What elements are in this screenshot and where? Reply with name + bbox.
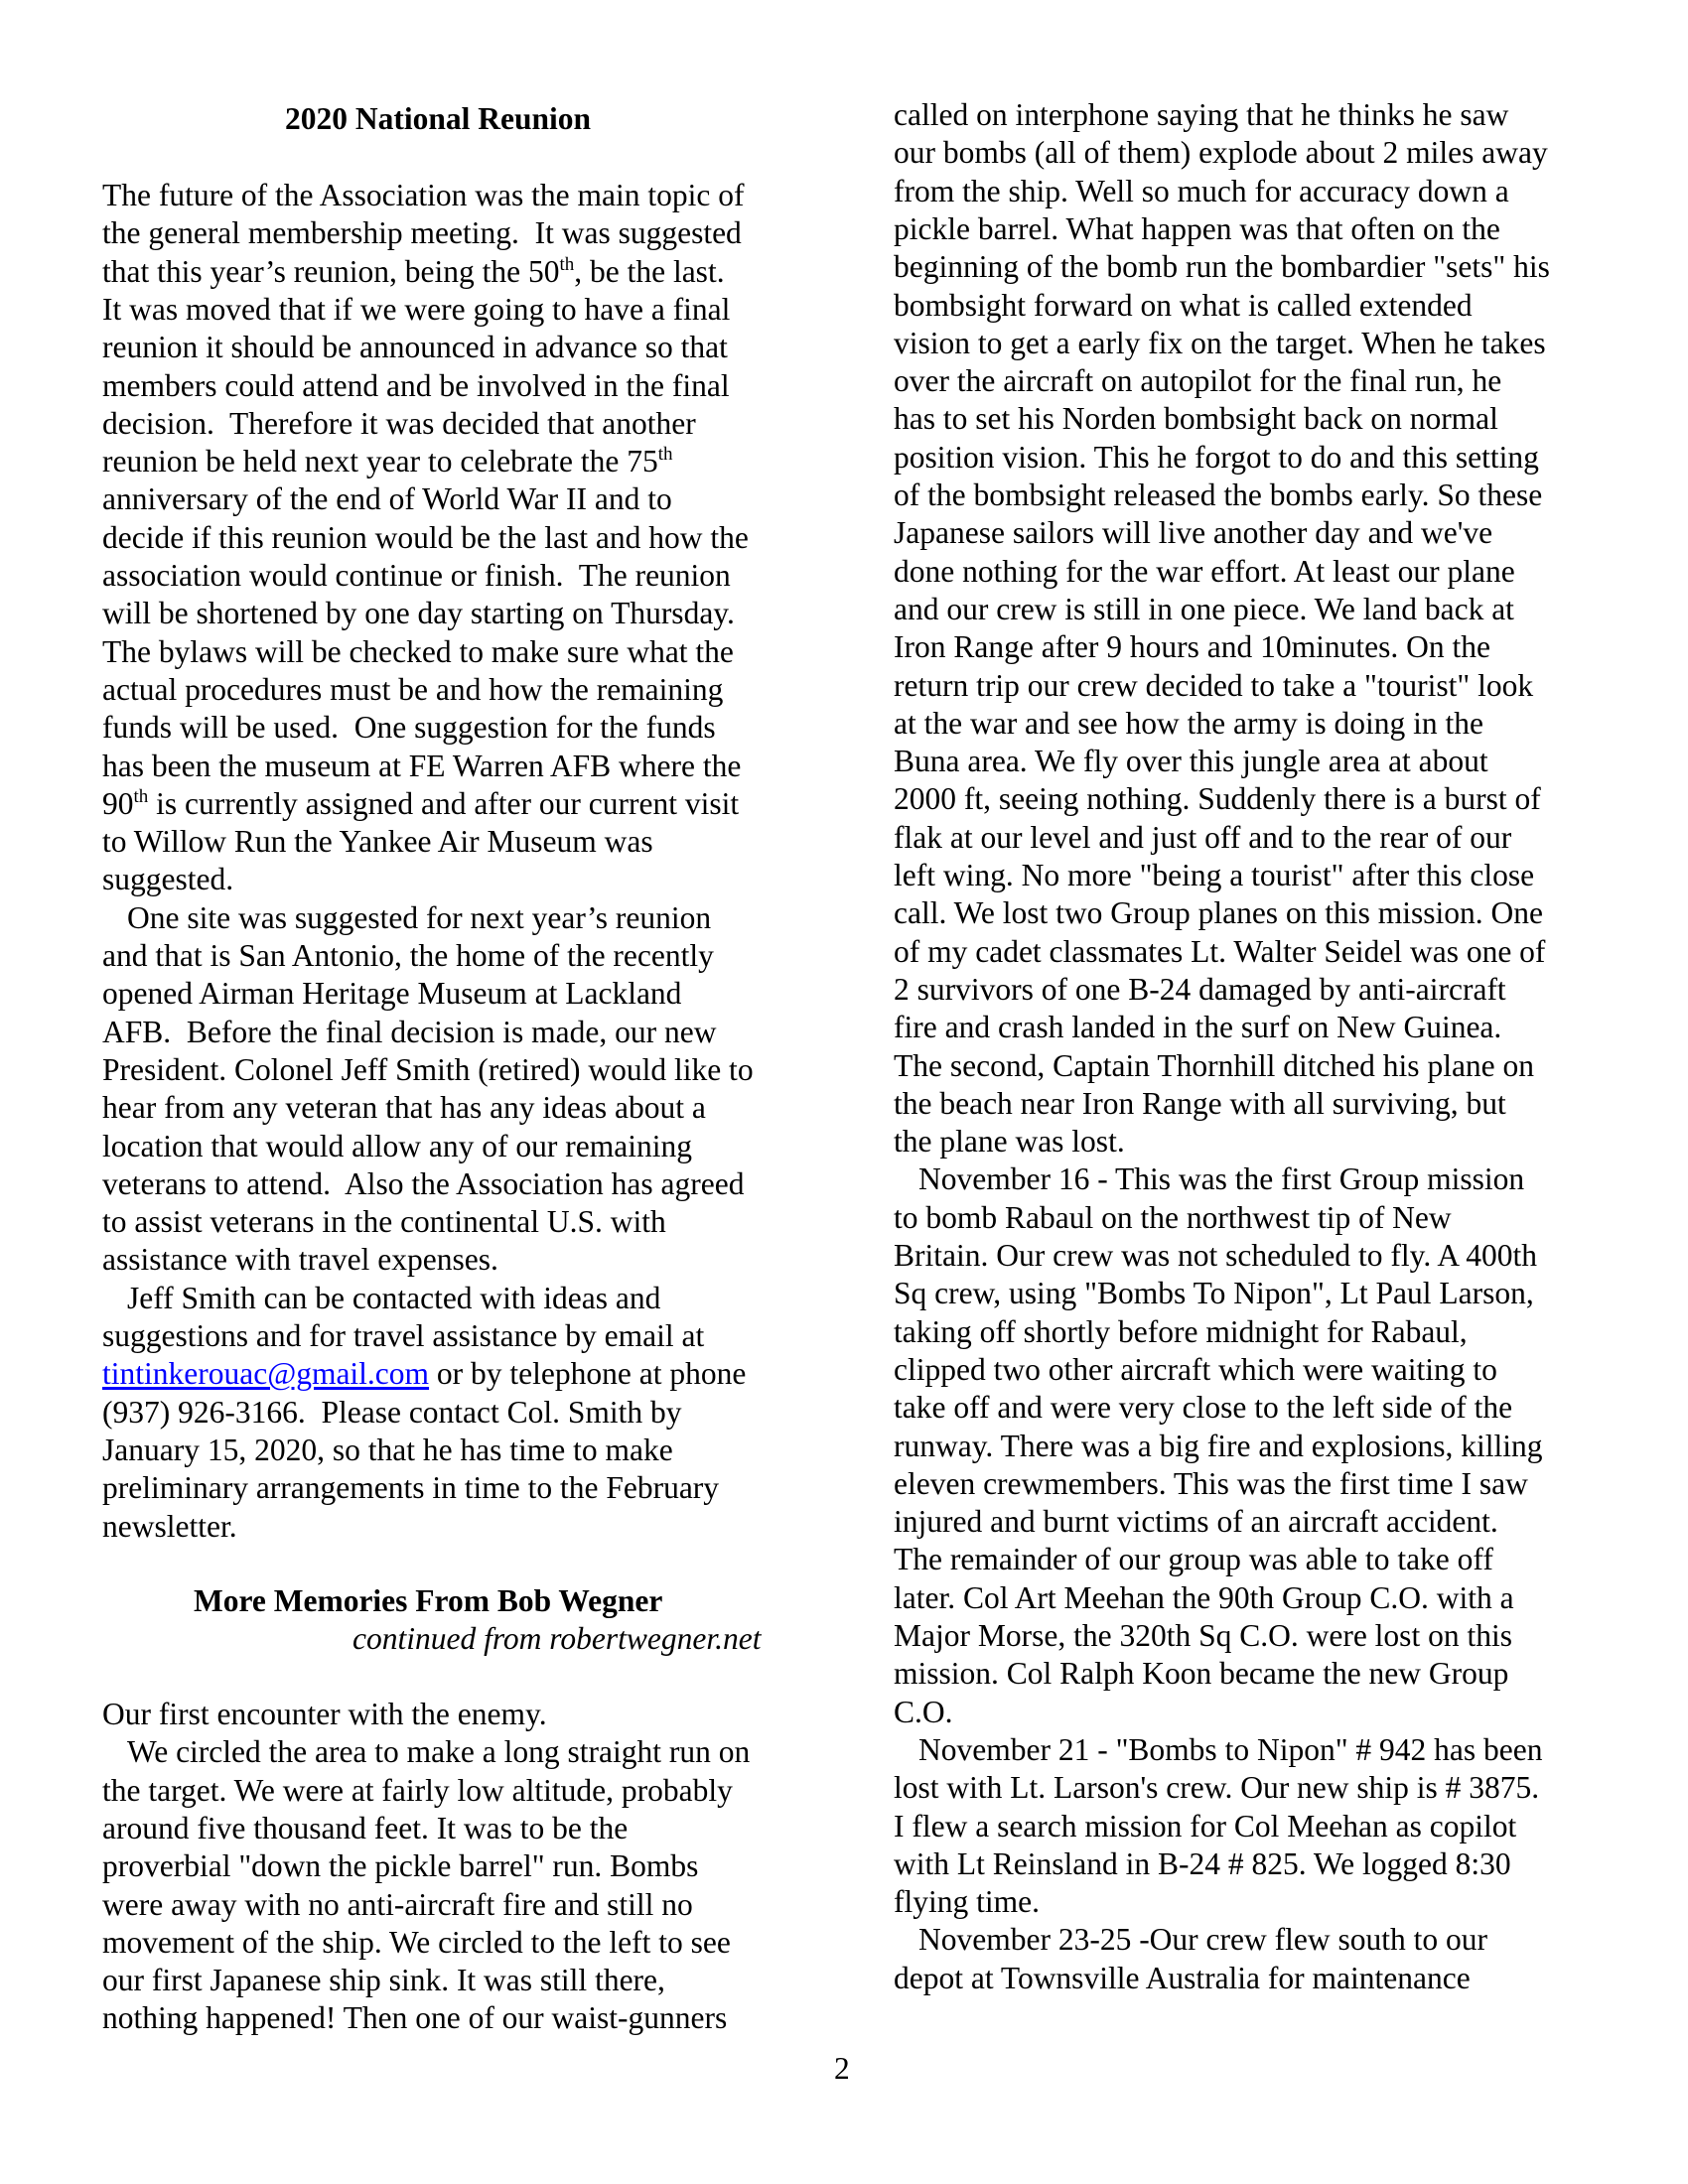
text-line: with Lt Reinsland in B-24 # 825. We logg… xyxy=(894,1845,1511,1883)
text-line: 2 survivors of one B-24 damaged by anti-… xyxy=(894,971,1506,1009)
text-line: to bomb Rabaul on the northwest tip of N… xyxy=(894,1199,1452,1237)
text-line: flak at our level and just off and to th… xyxy=(894,819,1511,857)
text-line: our first Japanese ship sink. It was sti… xyxy=(102,1962,665,1999)
text-line: It was moved that if we were going to ha… xyxy=(102,291,730,329)
text-line: depot at Townsville Australia for mainte… xyxy=(894,1960,1471,1997)
text-line: vision to get a early fix on the target.… xyxy=(894,325,1546,362)
text-line: flying time. xyxy=(894,1883,1040,1921)
text-line: reunion it should be announced in advanc… xyxy=(102,329,728,366)
text-line: will be shortened by one day starting on… xyxy=(102,595,735,632)
text-line: fire and crash landed in the surf on New… xyxy=(894,1009,1501,1046)
text-line: later. Col Art Meehan the 90th Group C.O… xyxy=(894,1579,1514,1617)
text-line: C.O. xyxy=(894,1694,953,1731)
text-line: take off and were very close to the left… xyxy=(894,1389,1512,1427)
text-line: at the war and see how the army is doing… xyxy=(894,705,1483,743)
text-line: The future of the Association was the ma… xyxy=(102,177,744,214)
text-line: hear from any veteran that has any ideas… xyxy=(102,1089,706,1127)
text-line: We circled the area to make a long strai… xyxy=(102,1733,750,1771)
email-link[interactable]: tintinkerouac@gmail.com xyxy=(102,1356,429,1391)
text-line: runway. There was a big fire and explosi… xyxy=(894,1428,1542,1465)
text-line: suggested. xyxy=(102,861,233,898)
text-line: movement of the ship. We circled to the … xyxy=(102,1924,731,1962)
text-line: and that is San Antonio, the home of the… xyxy=(102,937,714,975)
ordinal-superscript: th xyxy=(134,786,149,807)
newsletter-page: 2020 National Reunion The future of the … xyxy=(0,0,1688,2184)
text-line: our bombs (all of them) explode about 2 … xyxy=(894,134,1548,172)
text-line: assistance with travel expenses. xyxy=(102,1241,498,1279)
text-line: of my cadet classmates Lt. Walter Seidel… xyxy=(894,933,1545,971)
text-line: location that would allow any of our rem… xyxy=(102,1128,692,1165)
text-line: from the ship. Well so much for accuracy… xyxy=(894,173,1509,210)
text-line: taking off shortly before midnight for R… xyxy=(894,1313,1468,1351)
text-line: preliminary arrangements in time to the … xyxy=(102,1469,719,1507)
text-line: bombsight forward on what is called exte… xyxy=(894,287,1473,325)
text-segment: reunion be held next year to celebrate t… xyxy=(102,444,658,478)
text-line: I flew a search mission for Col Meehan a… xyxy=(894,1808,1516,1845)
text-line: left wing. No more "being a tourist" aft… xyxy=(894,857,1534,894)
text-line: of the bombsight released the bombs earl… xyxy=(894,477,1542,514)
text-line: suggestions and for travel assistance by… xyxy=(102,1317,704,1355)
text-line: position vision. This he forgot to do an… xyxy=(894,439,1539,477)
text-line: November 16 - This was the first Group m… xyxy=(894,1160,1524,1198)
text-line: Major Morse, the 320th Sq C.O. were lost… xyxy=(894,1617,1512,1655)
page-number: 2 xyxy=(834,2050,850,2088)
text-line: The bylaws will be checked to make sure … xyxy=(102,633,734,671)
text-line: newsletter. xyxy=(102,1508,237,1546)
text-line: 90th is currently assigned and after our… xyxy=(102,785,739,823)
text-line: Sq crew, using "Bombs To Nipon", Lt Paul… xyxy=(894,1275,1534,1312)
text-line: lost with Lt. Larson's crew. Our new shi… xyxy=(894,1769,1539,1807)
text-line: opened Airman Heritage Museum at Lacklan… xyxy=(102,975,681,1013)
text-line: return trip our crew decided to take a "… xyxy=(894,667,1533,705)
text-line: the general membership meeting. It was s… xyxy=(102,214,742,252)
ordinal-superscript: th xyxy=(658,444,673,465)
text-line: funds will be used. One suggestion for t… xyxy=(102,709,716,747)
text-line: to Willow Run the Yankee Air Museum was xyxy=(102,823,653,861)
text-line: mission. Col Ralph Koon became the new G… xyxy=(894,1655,1508,1693)
text-line: members could attend and be involved in … xyxy=(102,367,730,405)
text-segment: that this year’s reunion, being the 50 xyxy=(102,254,559,289)
text-line: reunion be held next year to celebrate t… xyxy=(102,443,673,480)
section-heading-bob-wegner: More Memories From Bob Wegner xyxy=(194,1582,662,1620)
text-segment: 90 xyxy=(102,786,134,821)
text-line: proverbial "down the pickle barrel" run.… xyxy=(102,1847,698,1885)
text-line: The second, Captain Thornhill ditched hi… xyxy=(894,1047,1534,1085)
text-line: decide if this reunion would be the last… xyxy=(102,519,749,557)
text-line: the target. We were at fairly low altitu… xyxy=(102,1772,733,1810)
text-line: Japanese sailors will live another day a… xyxy=(894,514,1492,552)
text-line: were away with no anti-aircraft fire and… xyxy=(102,1886,693,1924)
text-line: the beach near Iron Range with all survi… xyxy=(894,1085,1506,1123)
text-line: association would continue or finish. Th… xyxy=(102,557,731,595)
text-line: November 21 - "Bombs to Nipon" # 942 has… xyxy=(894,1731,1543,1769)
text-line: done nothing for the war effort. At leas… xyxy=(894,553,1515,591)
text-line: anniversary of the end of World War II a… xyxy=(102,480,672,518)
text-line: Jeff Smith can be contacted with ideas a… xyxy=(102,1280,660,1317)
text-line: President. Colonel Jeff Smith (retired) … xyxy=(102,1051,754,1089)
text-line: beginning of the bomb run the bombardier… xyxy=(894,248,1550,286)
text-line: AFB. Before the final decision is made, … xyxy=(102,1014,716,1051)
text-segment: is currently assigned and after our curr… xyxy=(148,786,739,821)
text-line: called on interphone saying that he thin… xyxy=(894,96,1508,134)
text-line: One site was suggested for next year’s r… xyxy=(102,899,711,937)
text-line: actual procedures must be and how the re… xyxy=(102,671,723,709)
text-line: has to set his Norden bombsight back on … xyxy=(894,400,1498,438)
text-line: November 23-25 -Our crew flew south to o… xyxy=(894,1921,1487,1959)
text-line: call. We lost two Group planes on this m… xyxy=(894,894,1543,932)
text-line: January 15, 2020, so that he has time to… xyxy=(102,1432,673,1469)
ordinal-superscript: th xyxy=(559,254,574,275)
text-segment: , be the last. xyxy=(574,254,724,289)
text-line: veterans to attend. Also the Association… xyxy=(102,1165,744,1203)
text-line: (937) 926-3166. Please contact Col. Smit… xyxy=(102,1394,682,1432)
section-subtitle-source: continued from robertwegner.net xyxy=(352,1620,761,1658)
text-line: clipped two other aircraft which were wa… xyxy=(894,1351,1497,1389)
text-line: the plane was lost. xyxy=(894,1123,1125,1160)
text-line: eleven crewmembers. This was the first t… xyxy=(894,1465,1528,1503)
text-line: pickle barrel. What happen was that ofte… xyxy=(894,210,1500,248)
text-line: and our crew is still in one piece. We l… xyxy=(894,591,1514,628)
text-segment: or by telephone at phone xyxy=(429,1356,746,1391)
text-line: injured and burnt victims of an aircraft… xyxy=(894,1503,1498,1541)
text-line: The remainder of our group was able to t… xyxy=(894,1541,1493,1578)
text-line: nothing happened! Then one of our waist-… xyxy=(102,1999,727,2037)
text-line: Buna area. We fly over this jungle area … xyxy=(894,743,1488,780)
section-heading-national-reunion: 2020 National Reunion xyxy=(285,100,591,138)
text-line: that this year’s reunion, being the 50th… xyxy=(102,253,725,291)
text-line: 2000 ft, seeing nothing. Suddenly there … xyxy=(894,780,1541,818)
text-line: has been the museum at FE Warren AFB whe… xyxy=(102,748,741,785)
text-line: Our first encounter with the enemy. xyxy=(102,1696,547,1733)
text-line: Britain. Our crew was not scheduled to f… xyxy=(894,1237,1537,1275)
text-line: Iron Range after 9 hours and 10minutes. … xyxy=(894,628,1490,666)
text-line: to assist veterans in the continental U.… xyxy=(102,1203,666,1241)
text-line: tintinkerouac@gmail.com or by telephone … xyxy=(102,1355,746,1393)
text-line: decision. Therefore it was decided that … xyxy=(102,405,696,443)
text-line: over the aircraft on autopilot for the f… xyxy=(894,362,1501,400)
text-line: around five thousand feet. It was to be … xyxy=(102,1810,628,1847)
